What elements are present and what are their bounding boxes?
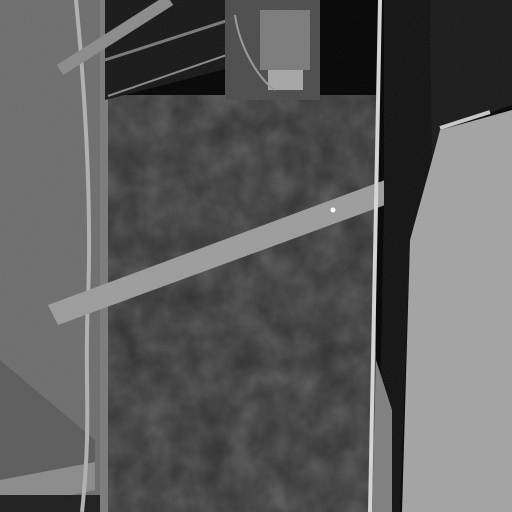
aerial-image — [0, 0, 512, 512]
